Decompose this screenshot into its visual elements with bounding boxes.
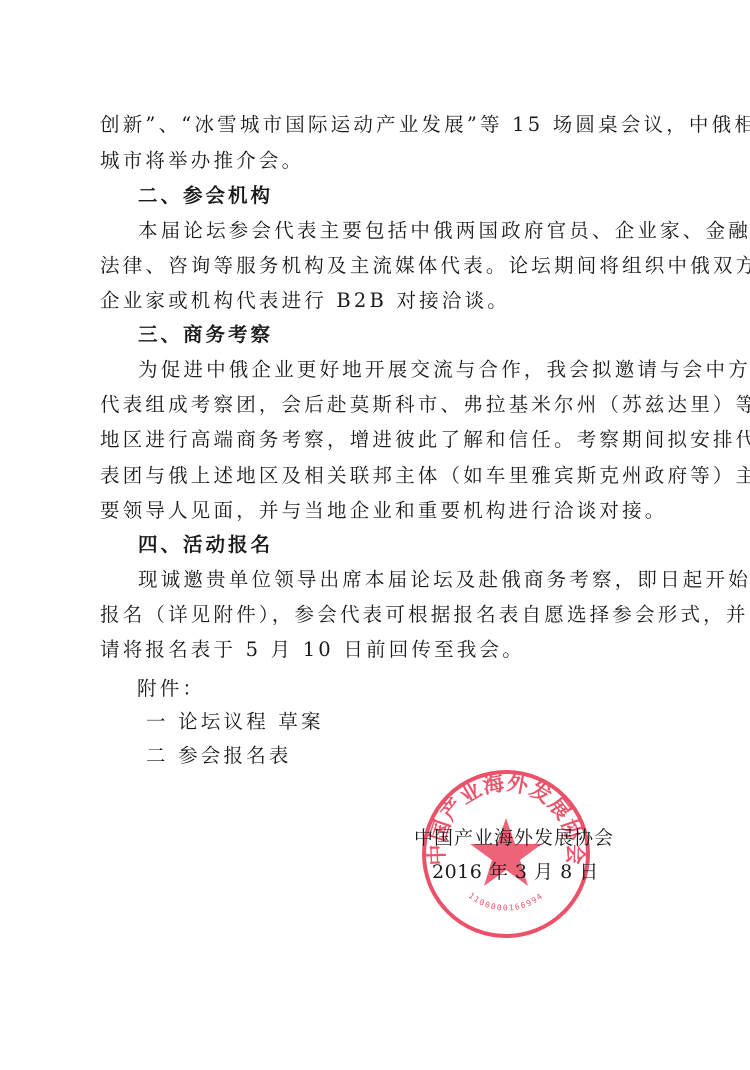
signature-organization: 中国产业海外发展协会 bbox=[414, 826, 614, 850]
svg-text:1100000166994: 1100000166994 bbox=[467, 891, 545, 913]
body-line: 创新”、“冰雪城市国际运动产业发展”等 15 场圆桌会议，中俄相关 bbox=[100, 113, 660, 137]
body-line: 请将报名表于 5 月 10 日前回传至我会。 bbox=[100, 638, 660, 662]
body-line: 表团与俄上述地区及相关联邦主体（如车里雅宾斯克州政府等）主 bbox=[100, 464, 660, 488]
body-line: 本届论坛参会代表主要包括中俄两国政府官员、企业家、金融、 bbox=[138, 219, 698, 243]
body-line: 城市将举办推介会。 bbox=[100, 149, 660, 173]
body-line: 要领导人见面，并与当地企业和重要机构进行洽谈对接。 bbox=[100, 499, 660, 523]
body-line: 现诚邀贵单位领导出席本届论坛及赴俄商务考察，即日起开始 bbox=[138, 568, 698, 592]
body-line: 企业家或机构代表进行 B2B 对接洽谈。 bbox=[100, 289, 660, 313]
stamp-serial: 1100000166994 bbox=[467, 891, 545, 913]
attachments-label: 附件： bbox=[137, 677, 697, 701]
section-heading: 三、商务考察 bbox=[138, 323, 698, 347]
body-line: 为促进中俄企业更好地开展交流与合作，我会拟邀请与会中方 bbox=[138, 358, 698, 382]
body-line: 报名（详见附件），参会代表可根据报名表自愿选择参会形式，并 bbox=[100, 603, 660, 627]
signature-date: 2016 年 3 月 8 日 bbox=[432, 860, 599, 884]
attachment-item: 二 参会报名表 bbox=[146, 744, 706, 768]
section-heading: 二、参会机构 bbox=[138, 184, 698, 208]
body-line: 代表组成考察团，会后赴莫斯科市、弗拉基米尔州（苏兹达里）等 bbox=[100, 393, 660, 417]
body-line: 法律、咨询等服务机构及主流媒体代表。论坛期间将组织中俄双方 bbox=[100, 254, 660, 278]
attachment-item: 一 论坛议程 草案 bbox=[146, 710, 706, 734]
official-seal-stamp: 中国产业海外发展协会 1100000166994 bbox=[420, 768, 592, 940]
document-page: 创新”、“冰雪城市国际运动产业发展”等 15 场圆桌会议，中俄相关 城市将举办推… bbox=[0, 0, 750, 1070]
body-line: 地区进行高端商务考察，增进彼此了解和信任。考察期间拟安排代 bbox=[100, 428, 660, 452]
section-heading: 四、活动报名 bbox=[138, 533, 698, 557]
